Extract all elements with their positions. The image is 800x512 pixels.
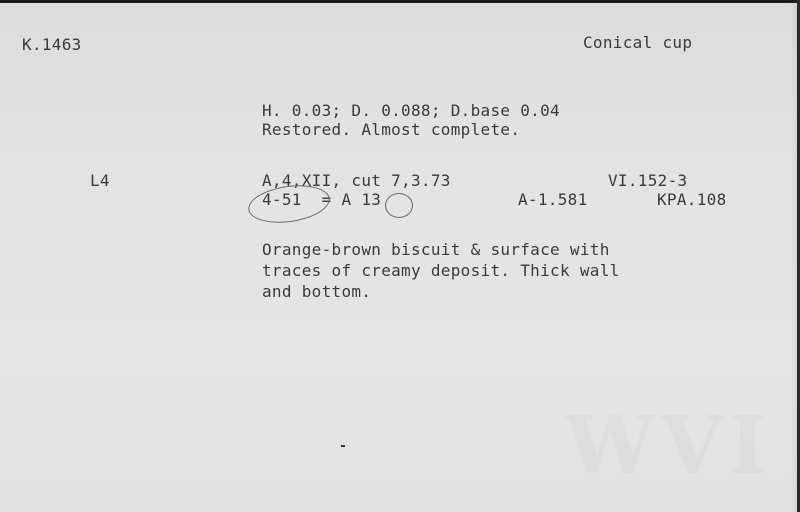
condition-note: Restored. Almost complete. bbox=[262, 120, 520, 139]
catalog-number: K.1463 bbox=[22, 35, 82, 54]
description-line: and bottom. bbox=[262, 281, 620, 302]
dimensions: H. 0.03; D. 0.088; D.base 0.04 bbox=[262, 101, 560, 120]
reference-vi: VI.152-3 bbox=[608, 171, 687, 190]
description: Orange-brown biscuit & surface withtrace… bbox=[262, 239, 620, 302]
description-line: traces of creamy deposit. Thick wall bbox=[262, 260, 620, 281]
circled-number: 13 bbox=[361, 190, 381, 209]
pencil-circle-field-number bbox=[246, 180, 332, 227]
faint-watermark: WVI bbox=[565, 398, 772, 492]
description-line: Orange-brown biscuit & surface with bbox=[262, 239, 620, 260]
object-name: Conical cup bbox=[583, 33, 692, 52]
reference-kpa: KPA.108 bbox=[657, 190, 727, 209]
ink-speck bbox=[341, 445, 345, 447]
pencil-circle-number bbox=[385, 193, 413, 218]
reference-a: A-1.581 bbox=[518, 190, 588, 209]
catalog-card: WVI K.1463 Conical cup H. 0.03; D. 0.088… bbox=[0, 3, 797, 512]
locus-label: L4 bbox=[90, 171, 110, 190]
